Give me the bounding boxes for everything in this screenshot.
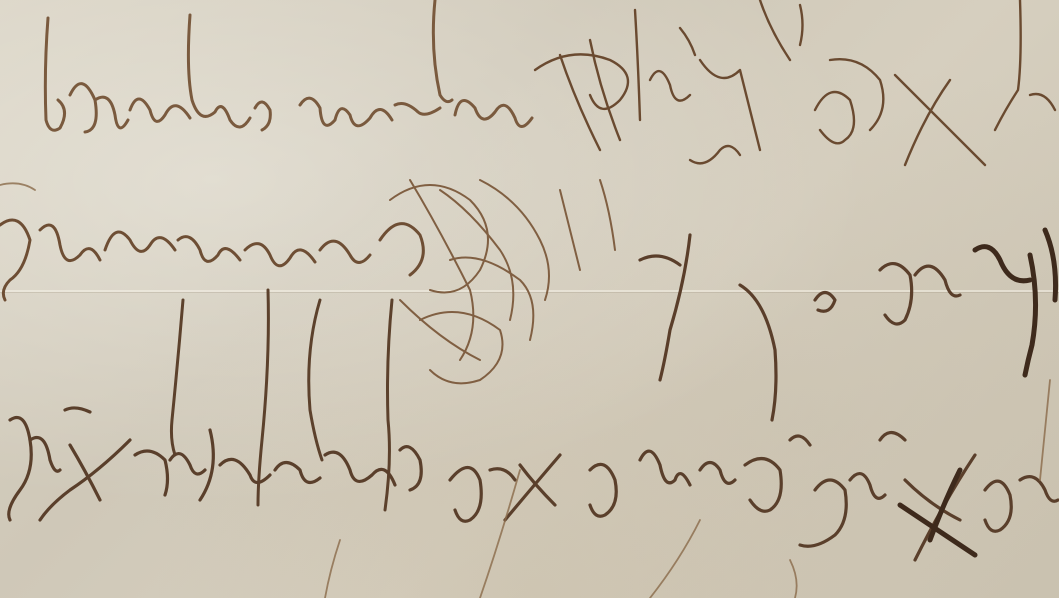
script-line-3 [9,408,422,520]
cross-marks [900,470,975,555]
script-line-2 [0,220,423,300]
manuscript-photo: Handwritten manuscript fragment on parch… [0,0,1059,598]
handwriting-strokes [0,0,1059,598]
script-line-3-right [450,433,1058,561]
descender-strokes [171,290,392,510]
script-line-1 [45,0,532,132]
script-line-2-heavy [975,230,1056,375]
script-line-2-right [640,235,960,420]
script-line-2-overwrite [390,180,615,383]
faint-strokes [0,183,1050,598]
script-line-1-dense [535,0,1055,165]
